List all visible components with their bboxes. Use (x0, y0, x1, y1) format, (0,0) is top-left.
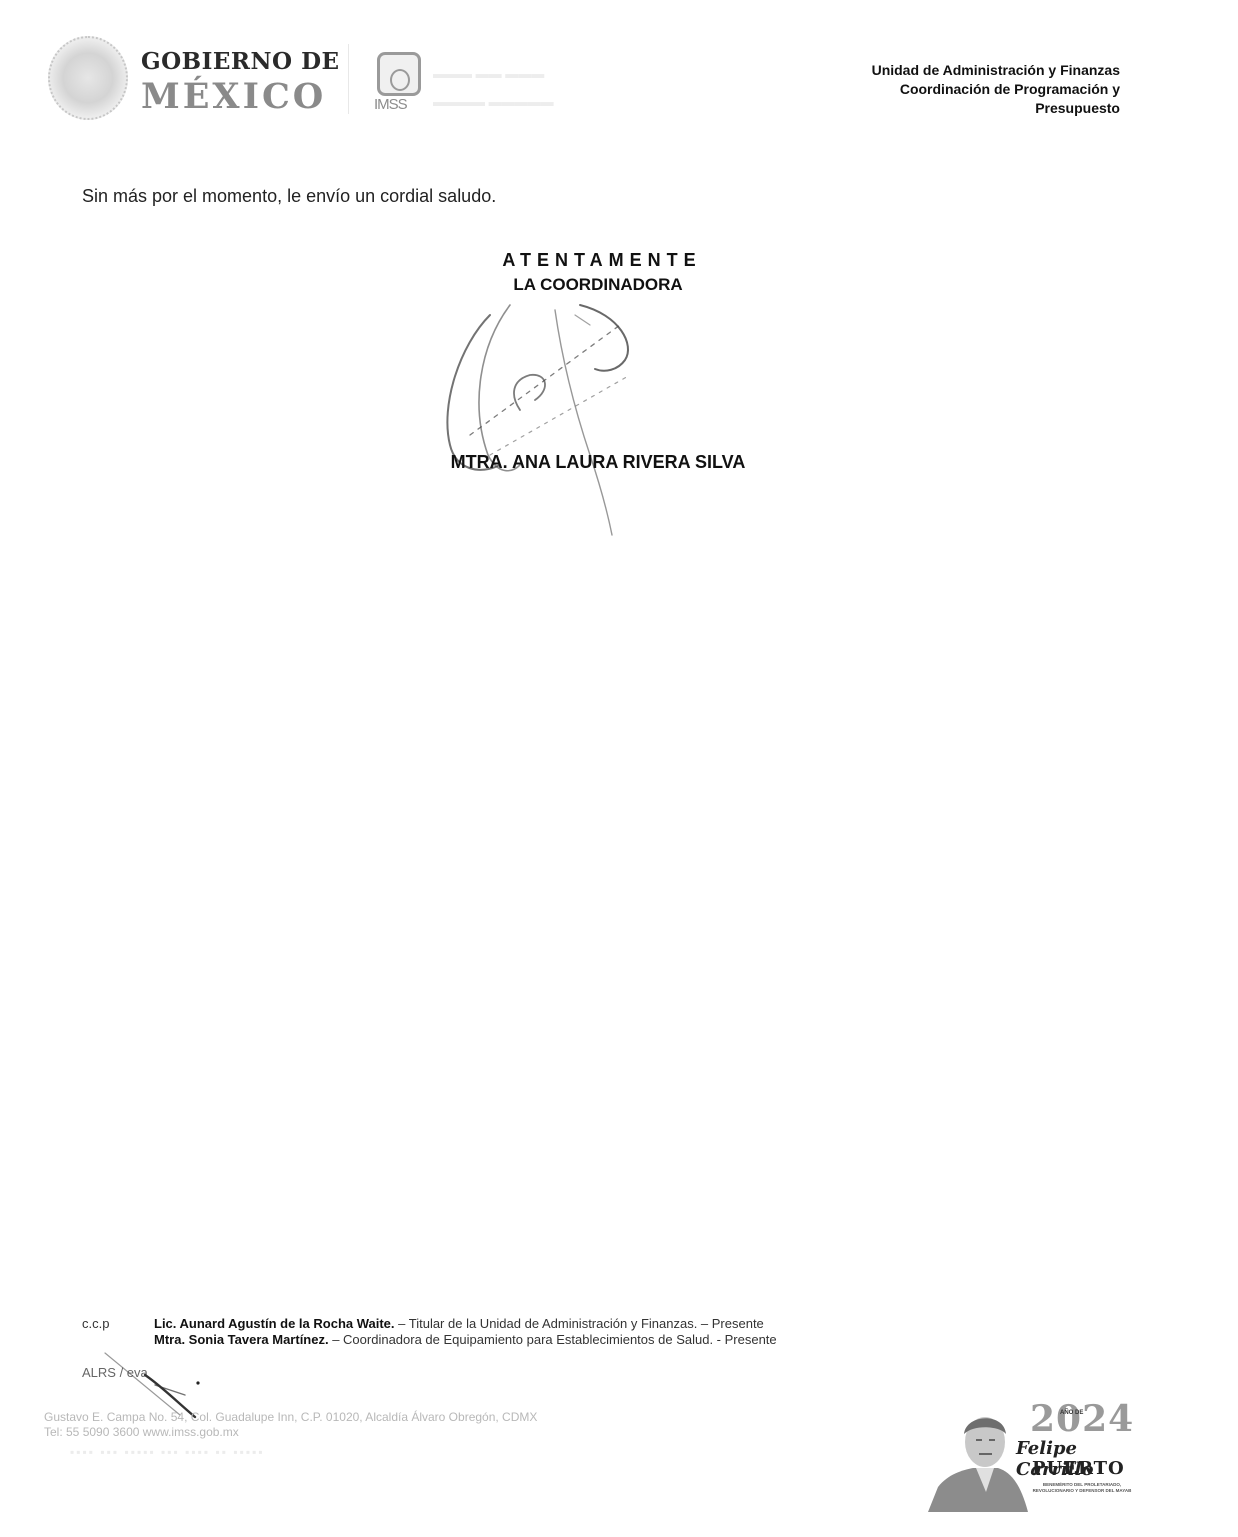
commemorative-year-logo: 2024 AÑO DE Felipe Carrillo PUERTO BENEM… (928, 1396, 1148, 1516)
valediction: ATENTAMENTE (426, 250, 778, 271)
issuing-unit-line: Unidad de Administración y Finanzas (872, 61, 1120, 80)
commemorative-year-prefix: AÑO DE (1060, 1410, 1083, 1416)
cc-recipient: Lic. Aunard Agustín de la Rocha Waite. –… (154, 1316, 777, 1332)
cc-recipient-name: Lic. Aunard Agustín de la Rocha Waite. (154, 1316, 395, 1331)
commemorative-year: 2024 (1030, 1398, 1134, 1440)
handwritten-signature-icon (420, 285, 680, 545)
cc-recipient: Mtra. Sonia Tavera Martínez. – Coordinad… (154, 1332, 777, 1348)
logo-divider (348, 44, 349, 114)
imss-faint-subtitle: ▬▬▬ ▬▬ ▬▬▬▬▬▬▬ ▬▬▬▬▬ (433, 60, 613, 116)
footer-faint-text: ▪▪▪▪ ▪▪▪ ▪▪▪▪▪ ▪▪▪ ▪▪▪▪ ▪▪ ▪▪▪▪▪ (70, 1445, 710, 1463)
signer-name: MTRA. ANA LAURA RIVERA SILVA (418, 452, 778, 473)
commemorative-last-name: PUERTO (1032, 1458, 1125, 1479)
gov-logo-line1: GOBIERNO DE (141, 48, 340, 75)
footer-address: Gustavo E. Campa No. 54, Col. Guadalupe … (44, 1410, 537, 1440)
cc-recipient-detail: – Titular de la Unidad de Administración… (395, 1316, 764, 1331)
cc-recipient-list: Lic. Aunard Agustín de la Rocha Waite. –… (154, 1316, 777, 1348)
commemorative-tagline: BENEMÉRITO DEL PROLETARIADO, REVOLUCIONA… (1028, 1482, 1136, 1494)
closing-sentence: Sin más por el momento, le envío un cord… (82, 186, 496, 207)
national-seal-icon (48, 36, 128, 120)
portrait-illustration-icon (928, 1402, 1028, 1512)
footer-address-line: Gustavo E. Campa No. 54, Col. Guadalupe … (44, 1410, 537, 1425)
cc-label: c.c.p (82, 1316, 109, 1331)
issuing-unit: Unidad de Administración y Finanzas Coor… (872, 61, 1120, 118)
imss-logo-text: IMSS (374, 96, 407, 113)
footer-contact-line: Tel: 55 5090 3600 www.imss.gob.mx (44, 1425, 537, 1440)
imss-logo-icon (377, 52, 421, 96)
gov-logo-line2: MÉXICO (141, 76, 326, 117)
issuing-unit-line: Coordinación de Programación y (872, 80, 1120, 99)
cc-recipient-detail: – Coordinadora de Equipamiento para Esta… (329, 1332, 777, 1347)
issuing-unit-line: Presupuesto (872, 99, 1120, 118)
